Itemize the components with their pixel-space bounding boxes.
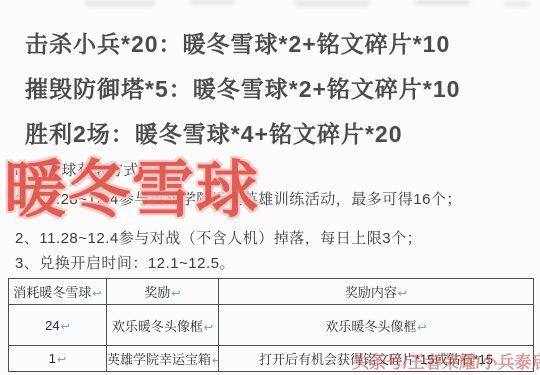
reward-line-minions: 击杀小兵*20：暖冬雪球*2+铭文碎片*10 xyxy=(25,26,450,59)
header-text: 奖励 xyxy=(144,285,170,300)
reward-line-towers: 摧毁防御塔*5：暖冬雪球*2+铭文碎片*10 xyxy=(25,71,460,104)
document-page: 击杀小兵*20：暖冬雪球*2+铭文碎片*10 摧毁防御塔*5：暖冬雪球*2+铭文… xyxy=(0,0,540,375)
return-mark-icon: ↩ xyxy=(417,322,426,334)
table-cell: 1↩ xyxy=(9,346,107,372)
rules-item-3: 3、兑换开启时间：12.1~12.5。 xyxy=(15,252,235,273)
snowball-watermark: 暖冬雪球 xyxy=(4,140,260,229)
return-mark-icon: ↩ xyxy=(57,354,66,366)
header-text: 奖励内容 xyxy=(345,285,397,300)
artifact-smudge xyxy=(190,0,235,4)
artifact-smudge xyxy=(415,0,470,5)
table-header-cell: 奖励内容↩ xyxy=(219,279,534,305)
cell-text: 欢乐暖冬头像框 xyxy=(325,319,416,334)
header-text: 消耗暖冬雪球 xyxy=(13,285,91,300)
cell-text: 1 xyxy=(49,351,56,366)
return-mark-icon: ↩ xyxy=(92,288,101,300)
table-cell: 欢乐暖冬头像框↩ xyxy=(219,305,534,346)
return-mark-icon: ↩ xyxy=(398,288,407,300)
artifact-smudge xyxy=(85,1,155,6)
author-watermark: 头条号/王者荣耀/小兵泰启 xyxy=(352,348,540,373)
return-mark-icon: ↩ xyxy=(212,355,218,367)
rules-item-2: 2、11.28~12.4参与对战（不含人机）掉落，每日上限3个； xyxy=(15,227,422,248)
table-header-cell: 奖励↩ xyxy=(107,279,219,305)
return-mark-icon: ↩ xyxy=(61,321,70,333)
cell-text: 英雄学院幸运宝箱 xyxy=(107,352,211,367)
return-mark-icon: ↩ xyxy=(171,288,180,300)
table-header-cell: 消耗暖冬雪球↩ xyxy=(9,279,107,305)
cell-text: 欢乐暖冬头像框 xyxy=(112,319,203,334)
table-row: 24↩ 欢乐暖冬头像框↩ 欢乐暖冬头像框↩ xyxy=(9,305,534,346)
table-cell: 欢乐暖冬头像框↩ xyxy=(107,305,219,346)
artifact-smudge xyxy=(505,2,530,6)
table-header-row: 消耗暖冬雪球↩ 奖励↩ 奖励内容↩ xyxy=(9,279,534,305)
return-mark-icon: ↩ xyxy=(204,322,213,334)
table-cell: 24↩ xyxy=(9,305,107,346)
cell-text: 24 xyxy=(45,318,59,333)
artifact-smudge xyxy=(295,1,370,6)
table-cell: 英雄学院幸运宝箱↩ xyxy=(107,346,219,372)
